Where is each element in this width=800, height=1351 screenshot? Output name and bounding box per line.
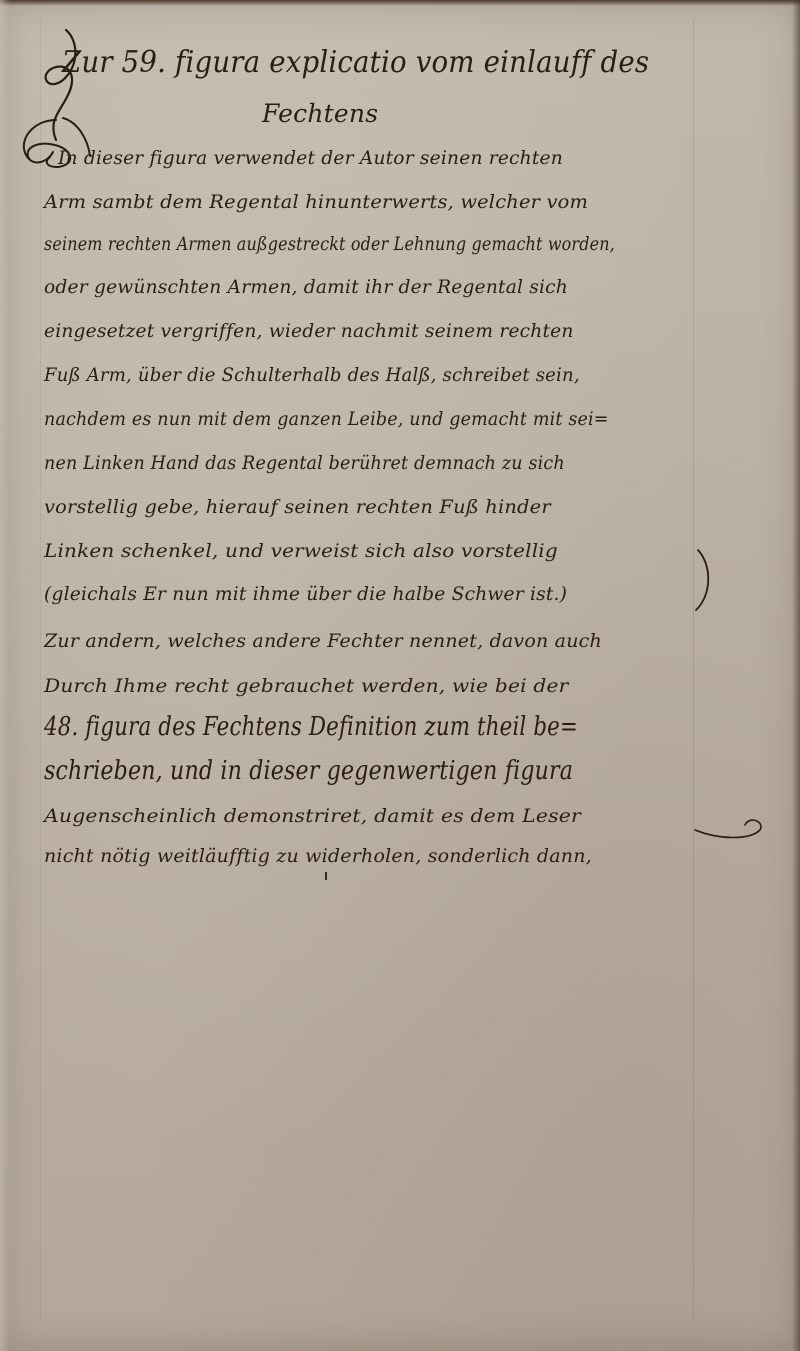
body-line: schrieben, und in dieser gegenwertigen f… [44,756,573,786]
body-line: Fuß Arm, über die Schulterhalb des Halß,… [44,364,580,386]
ink-mark [325,872,327,880]
closing-bracket-flourish-icon [690,545,720,615]
body-line: seinem rechten Armen außgestreckt oder L… [44,233,615,255]
body-line: eingesetzet vergriffen, wieder nachmit s… [44,320,574,342]
body-line: nachdem es nun mit dem ganzen Leibe, und… [44,408,609,430]
body-line: Linken schenkel, und verweist sich also … [44,540,558,562]
body-line: In dieser figura verwendet der Autor sei… [58,147,563,169]
body-line: Augenscheinlich demonstriret, damit es d… [44,805,581,827]
margin-rule-right [693,20,694,1320]
page-top-edge-shadow [0,0,800,6]
body-line: oder gewünschten Armen, damit ihr der Re… [44,276,568,298]
body-line: Durch Ihme recht gebrauchet werden, wie … [44,675,568,697]
body-line: Zur andern, welches andere Fechter nenne… [44,630,602,652]
body-line: nen Linken Hand das Regental berühret de… [44,452,565,474]
body-line: Arm sambt dem Regental hinunterwerts, we… [44,191,588,213]
body-line: (gleichals Er nun mit ihme über die halb… [44,583,567,605]
page-right-edge-shadow [792,0,800,1351]
body-line: 48. figura des Fechtens Definition zum t… [44,712,578,742]
manuscript-page: Zur 59. figura explicatio vom einlauff d… [0,0,800,1351]
page-left-edge [0,0,10,1351]
line-end-flourish-icon [690,800,770,850]
body-line: nicht nötig weitläufftig zu widerholen, … [44,845,592,867]
body-line: vorstellig gebe, hierauf seinen rechten … [44,496,551,518]
heading-line-2: Fechtens [262,99,378,128]
margin-rule-left [40,20,41,1320]
heading-line-1: Zur 59. figura explicatio vom einlauff d… [62,45,649,80]
